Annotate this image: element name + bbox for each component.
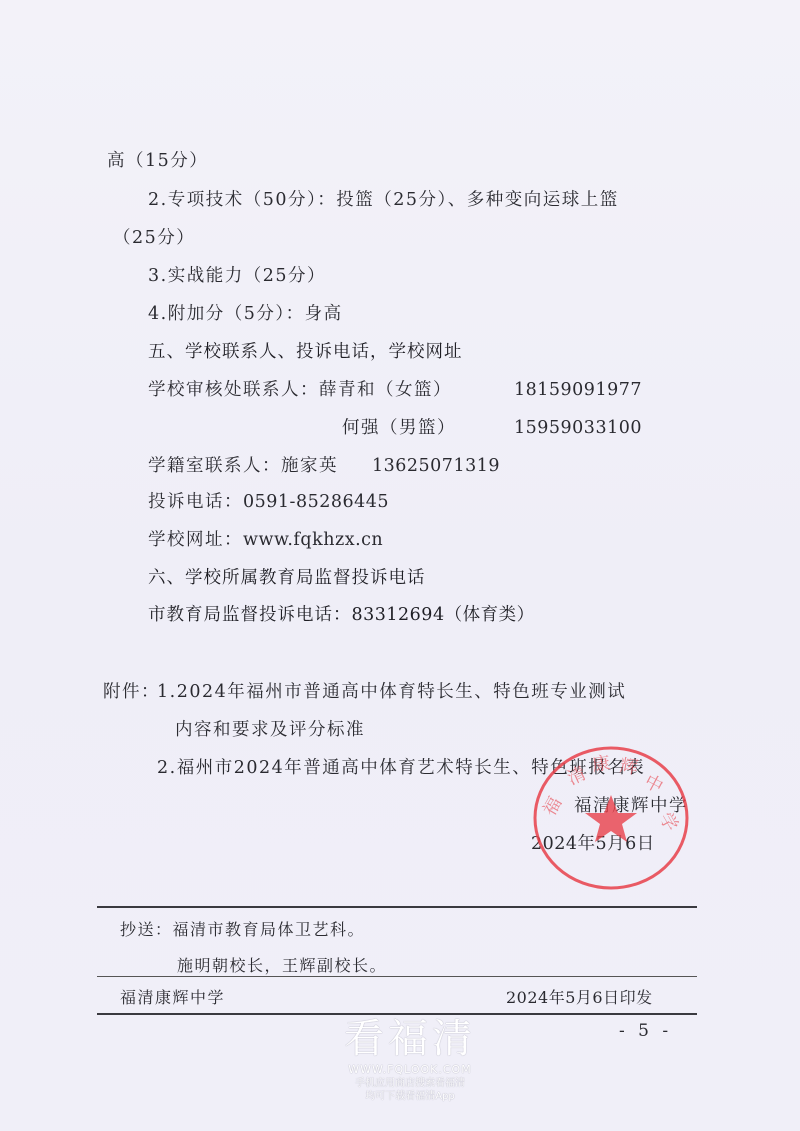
- body-line-height-score: 高（15分）: [107, 150, 208, 172]
- registry-contact-row: 学籍室联系人：施家英: [148, 455, 338, 477]
- footer-issued-date: 2024年5月6日印发: [506, 987, 653, 1009]
- attachment-2-line1: 2.福州市2024年普通高中体育艺术特长生、特色班报名表: [157, 757, 645, 779]
- contact-phone-1: 18159091977: [514, 379, 642, 401]
- footer-issuer: 福清康辉中学: [120, 987, 225, 1009]
- body-line-bonus-points: 4.附加分（5分）：身高: [148, 303, 343, 325]
- section5-heading: 五、学校联系人、投诉电话，学校网址: [148, 341, 463, 363]
- signature-organization: 福清康辉中学: [574, 795, 688, 817]
- body-line-combat-ability: 3.实战能力（25分）: [148, 265, 326, 287]
- contact-row-1: 学校审核处联系人：薛青和（女篮）: [148, 379, 452, 401]
- footer-middle-rule: [97, 976, 697, 977]
- watermark-line1: 手机应用商店搜索看福清: [320, 1077, 500, 1090]
- cc-recipient-2: 施明朝校长，王辉副校长。: [177, 955, 387, 977]
- website-label: 学校网址：: [148, 530, 243, 550]
- attachments-label: 附件：: [103, 681, 160, 703]
- contact-phone-2: 15959033100: [514, 417, 642, 439]
- registry-label: 学籍室联系人：: [148, 456, 281, 476]
- registry-phone: 13625071319: [372, 455, 500, 477]
- watermark-line2: 均可下载看福清App: [320, 1090, 500, 1103]
- watermark-url: WWW.FQLOOK.COM: [320, 1063, 500, 1077]
- website-link[interactable]: www.fqkhzx.cn: [243, 530, 383, 550]
- document-page: 高（15分） 2.专项技术（50分）：投篮（25分）、多种变向运球上篮 （25分…: [0, 0, 800, 1131]
- complaint-phone-row: 投诉电话：0591-85286445: [148, 491, 389, 513]
- watermark: 看福清 WWW.FQLOOK.COM 手机应用商店搜索看福清 均可下载看福清Ap…: [320, 1015, 500, 1103]
- cc-recipient-1: 福清市教育局体卫艺科。: [173, 920, 366, 939]
- website-row: 学校网址：www.fqkhzx.cn: [148, 529, 383, 551]
- contact-label: 学校审核处联系人：: [148, 380, 319, 400]
- contact-name: 薛青和（女篮）: [319, 380, 452, 400]
- cc-label: 抄送：: [120, 920, 173, 939]
- attachment-1-line1: 1.2024年福州市普通高中体育特长生、特色班专业测试: [157, 681, 626, 703]
- body-line-special-skills-cont: （25分）: [113, 227, 195, 249]
- footer-top-rule: [97, 906, 697, 908]
- contact-name-2: 何强（男篮）: [342, 417, 456, 439]
- svg-text:福: 福: [539, 793, 566, 819]
- section6-heading: 六、学校所属教育局监督投诉电话: [148, 567, 426, 589]
- attachment-1-line2: 内容和要求及评分标准: [175, 719, 365, 741]
- cc-row-1: 抄送：福清市教育局体卫艺科。: [120, 919, 365, 941]
- page-number: - 5 -: [619, 1021, 672, 1041]
- body-line-special-skills: 2.专项技术（50分）：投篮（25分）、多种变向运球上篮: [148, 189, 619, 211]
- registry-name: 施家英: [281, 456, 338, 476]
- supervision-phone-value: 83312694（体育类）: [352, 605, 535, 625]
- supervision-label: 市教育局监督投诉电话：: [148, 605, 352, 625]
- complaint-label: 投诉电话：: [148, 492, 243, 512]
- watermark-brand: 看福清: [320, 1015, 500, 1063]
- signature-date: 2024年5月6日: [531, 833, 655, 855]
- complaint-phone-value: 0591-85286445: [243, 492, 389, 512]
- supervision-phone-row: 市教育局监督投诉电话：83312694（体育类）: [148, 604, 535, 626]
